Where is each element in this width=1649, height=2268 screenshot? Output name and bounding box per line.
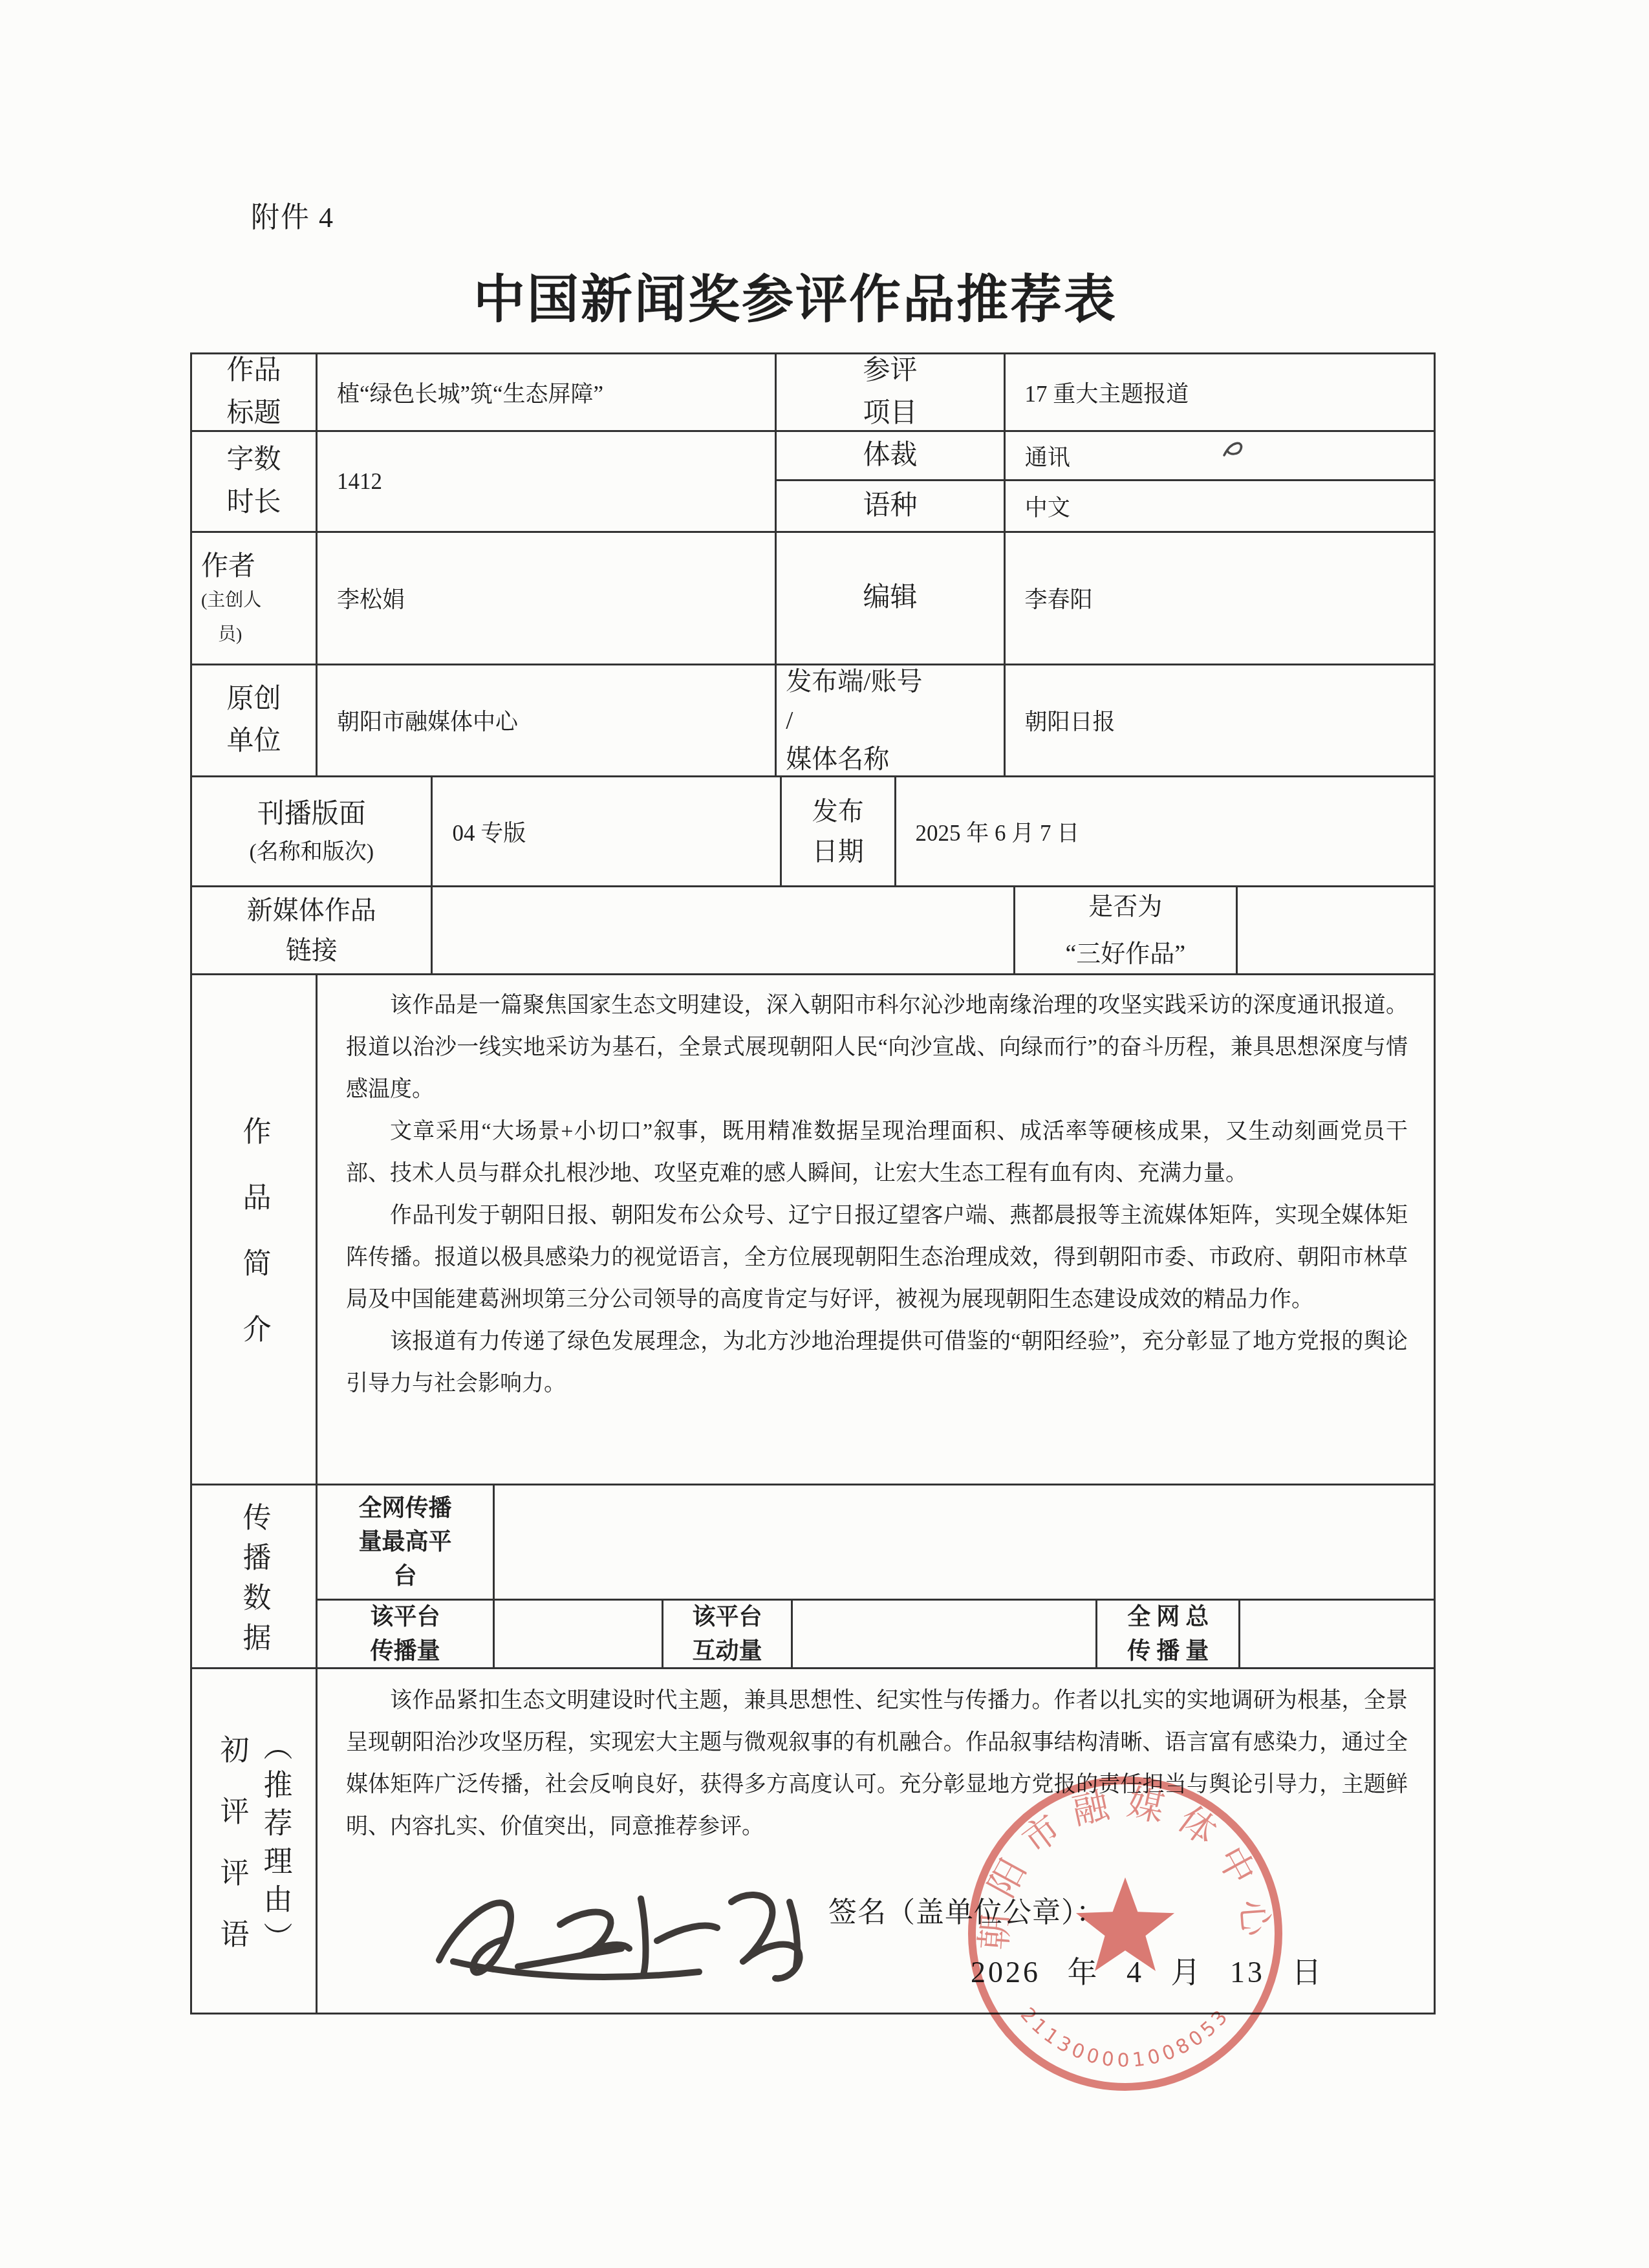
entry-item-label: 参评 项目 xyxy=(777,354,1005,430)
spread-metrics-row: 该平台 传播量 该平台 互动量 全 网 总 传 播 xyxy=(318,1601,1434,1667)
sanhao-value xyxy=(1238,887,1434,973)
language-subrow: 语种 中文 xyxy=(777,481,1434,531)
publish-date-label: 发布 日期 xyxy=(782,777,896,885)
row-work-intro: 作品简介 该作品是一篇聚焦国家生态文明建设，深入朝阳市科尔沁沙地南缘治理的攻坚实… xyxy=(192,975,1434,1485)
recommendation-form-table: 作品 标题 植“绿色长城”筑“生态屏障” 参评 项目 17 重大主题报道 字数 … xyxy=(190,352,1436,2014)
total-reach-value xyxy=(1240,1601,1434,1667)
genre-label: 体裁 xyxy=(777,432,1005,479)
page-title: 中国新闻奖参评作品推荐表 xyxy=(401,257,1190,332)
author-value: 李松娟 xyxy=(318,533,777,664)
layout-label: 刊播版面 (名称和版次) xyxy=(192,777,433,885)
row-work-title: 作品 标题 植“绿色长城”筑“生态屏障” 参评 项目 17 重大主题报道 xyxy=(192,354,1434,432)
platform-engage-value xyxy=(793,1601,1097,1667)
pen-mark-icon xyxy=(1219,435,1254,463)
language-value: 中文 xyxy=(1006,481,1434,531)
sanhao-label: 是否为 “三好作品” xyxy=(1015,887,1238,973)
official-seal: 朝阳市融媒体中心 211300001008053 xyxy=(960,1769,1293,2105)
row-new-media-link: 新媒体作品 链接 是否为 “三好作品” xyxy=(192,887,1434,975)
genre-subrow: 体裁 通讯 xyxy=(777,432,1434,481)
scanned-form-page: 附件 4 中国新闻奖参评作品推荐表 作品 标题 植“绿色长城”筑“生态屏障” 参… xyxy=(0,0,1649,2268)
publish-channel-value: 朝阳日报 xyxy=(1006,665,1434,775)
seal-number: 211300001008053 xyxy=(1016,2003,1235,2072)
total-reach-label: 全 网 总 传 播 量 xyxy=(1097,1601,1240,1667)
new-media-link-label: 新媒体作品 链接 xyxy=(192,887,433,973)
spread-data-block: 全网传播 量最高平 台 该平台 传播量 xyxy=(318,1485,1434,1667)
row-origin-unit: 原创 单位 朝阳市融媒体中心 发布端/账号 / 媒体名称 朝阳日报 xyxy=(192,665,1434,777)
seal-star-icon xyxy=(1076,1877,1174,1971)
language-label: 语种 xyxy=(777,481,1005,531)
attachment-label: 附件 4 xyxy=(251,194,334,235)
origin-unit-label: 原创 单位 xyxy=(192,665,318,775)
spread-data-label: 传播数据 xyxy=(192,1485,318,1667)
handwritten-signature xyxy=(427,1863,841,2018)
publish-date-value: 2025 年 6 月 7 日 xyxy=(896,777,1434,885)
origin-unit-value: 朝阳市融媒体中心 xyxy=(318,665,777,775)
top-platform-value xyxy=(495,1485,1434,1599)
layout-value: 04 专版 xyxy=(433,777,782,885)
platform-reach-label: 该平台 传播量 xyxy=(318,1601,495,1667)
editor-value: 李春阳 xyxy=(1006,533,1434,664)
row-author: 作者 (主创人 员) 李松娟 编辑 李春阳 xyxy=(192,533,1434,665)
editor-label: 编辑 xyxy=(777,533,1005,664)
row-spread-data: 传播数据 全网传播 量最高平 台 该平台 传播量 xyxy=(192,1485,1434,1669)
work-intro-label: 作品简介 xyxy=(192,975,318,1484)
platform-reach-value xyxy=(495,1601,663,1667)
top-platform-label: 全网传播 量最高平 台 xyxy=(318,1485,495,1599)
entry-item-value: 17 重大主题报道 xyxy=(1006,354,1434,430)
word-count-value: 1412 xyxy=(318,432,777,531)
publish-channel-label: 发布端/账号 / 媒体名称 xyxy=(777,665,1005,775)
spread-top-platform-row: 全网传播 量最高平 台 xyxy=(318,1485,1434,1601)
intro-paragraph: 文章采用“大场景+小切口”叙事，既用精准数据呈现治理面积、成活率等硬核成果，又生… xyxy=(346,1110,1408,1194)
platform-engage-label: 该平台 互动量 xyxy=(663,1601,793,1667)
intro-paragraph: 该报道有力传递了绿色发展理念，为北方沙地治理提供可借鉴的“朝阳经验”，充分彰显了… xyxy=(346,1321,1408,1405)
intro-paragraph: 该作品是一篇聚焦国家生态文明建设，深入朝阳市科尔沁沙地南缘治理的攻坚实践采访的深… xyxy=(346,984,1408,1110)
work-title-value: 植“绿色长城”筑“生态屏障” xyxy=(318,354,777,430)
author-label: 作者 (主创人 员) xyxy=(192,533,318,664)
review-label: 初评评语 （推荐理由） xyxy=(192,1669,318,2013)
new-media-link-value xyxy=(433,887,1015,973)
genre-language-block: 体裁 通讯 语种 中文 xyxy=(777,432,1434,531)
work-intro-text: 该作品是一篇聚焦国家生态文明建设，深入朝阳市科尔沁沙地南缘治理的攻坚实践采访的深… xyxy=(318,975,1434,1484)
word-count-label: 字数 时长 xyxy=(192,432,318,531)
row-layout: 刊播版面 (名称和版次) 04 专版 发布 日期 2025 年 6 月 7 日 xyxy=(192,777,1434,887)
intro-paragraph: 作品刊发于朝阳日报、朝阳发布公众号、辽宁日报辽望客户端、燕都晨报等主流媒体矩阵，… xyxy=(346,1194,1408,1321)
work-title-label: 作品 标题 xyxy=(192,354,318,430)
